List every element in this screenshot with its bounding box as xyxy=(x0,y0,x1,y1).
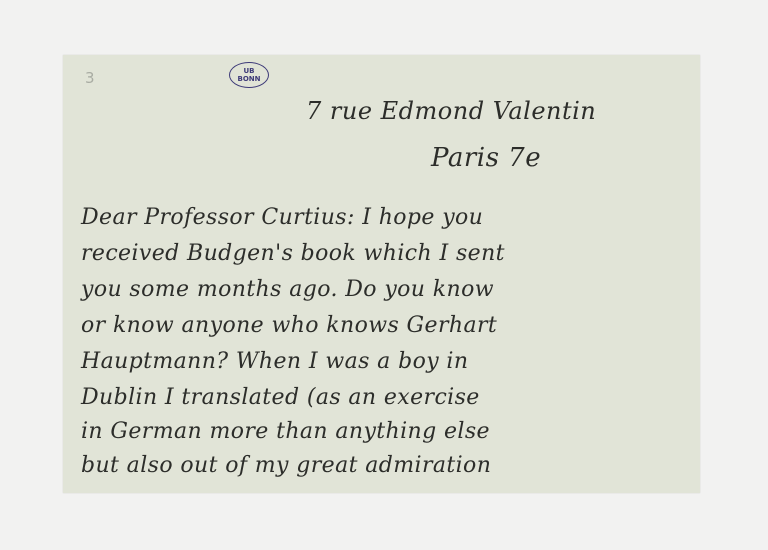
body-line-5: Hauptmann? When I was a boy in xyxy=(81,349,468,374)
body-line-3: you some months ago. Do you know xyxy=(81,277,494,302)
address-city: Paris 7e xyxy=(431,143,541,173)
stamp-line-1: UB xyxy=(230,67,268,75)
stamp-line-2: BONN xyxy=(230,75,268,83)
body-line-7: in German more than anything else xyxy=(81,419,490,444)
body-line-1: Dear Professor Curtius: I hope you xyxy=(81,205,483,230)
address-street: 7 rue Edmond Valentin xyxy=(306,97,596,125)
folio-number: 3 xyxy=(85,69,95,87)
body-line-4: or know anyone who knows Gerhart xyxy=(81,313,497,338)
body-line-8: but also out of my great admiration xyxy=(81,453,491,478)
body-line-6: Dublin I translated (as an exercise xyxy=(81,385,480,410)
scan-page: 3 UB BONN 7 rue Edmond Valentin Paris 7e… xyxy=(0,0,768,550)
library-stamp-icon: UB BONN xyxy=(229,62,269,88)
letter-card: 3 UB BONN 7 rue Edmond Valentin Paris 7e… xyxy=(63,55,700,493)
body-line-2: received Budgen's book which I sent xyxy=(81,241,505,266)
